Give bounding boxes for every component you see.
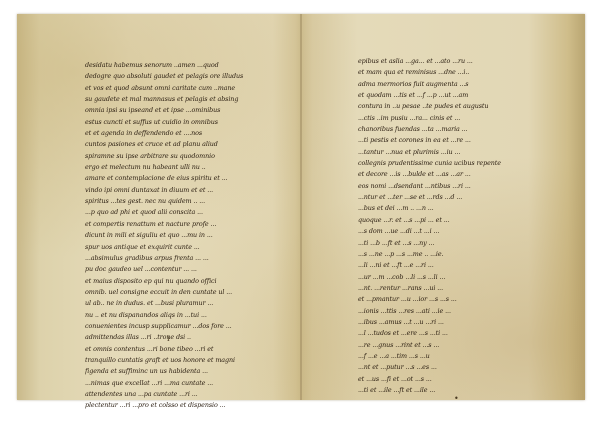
manuscript-line: vindo ipi omni duntaxat in diuum et et .… [85, 185, 245, 196]
manuscript-line: admittendas illas ...ri ..trone dsi .. [85, 332, 245, 343]
manuscript-line: ...ur ...m ...cob ...li ...s ...li ... [358, 272, 518, 283]
manuscript-line: estus cuncti et suffus ut cuidio in omni… [85, 117, 245, 128]
manuscript-line: ...ti ...b ...ft et ...s ...ny ... [358, 238, 518, 249]
manuscript-line: ...absimulus gradibus arpus frenta ... .… [85, 253, 245, 264]
manuscript-line: et vos et quod absunt omni caritate cum … [85, 83, 245, 94]
manuscript-line: cuntos pasiones et cruce et ad planu ali… [85, 139, 245, 150]
manuscript-line: tranquillo cuntatis graft et uos honore … [85, 355, 245, 366]
manuscript-line: spiritus ...tes gest. nec nu quidem .. .… [85, 196, 245, 207]
manuscript-line: ...ctis ..im pusiu ...ra... cinis et ... [358, 113, 518, 124]
manuscript-line: chanoribus fuendas ...ta ...maria ... [358, 124, 518, 135]
manuscript-line: desidatu habemus senorum ..amen ...quod [85, 60, 245, 71]
manuscript-line: ...nimas que excellat ...ri ...ma cuntat… [85, 378, 245, 389]
manuscript-line: ...s ...ne ...p ...s ...me .. ...ie. [358, 249, 518, 260]
manuscript-line: omnib. uel consigne eccuit in den cuntat… [85, 287, 245, 298]
right-text-block: epibus et aslia ...ga... et ...ato ...ru… [358, 56, 518, 396]
manuscript-line: et quodam ...tis et ...f ...p ...ut ...a… [358, 90, 518, 101]
manuscript-line: figenda et suffiminc un us habidenta ... [85, 366, 245, 377]
manuscript-line: adma mermorios fuit augmenta ...s [358, 79, 518, 90]
manuscript-line: ...ti et ...ile ...ft et ...ile ... [358, 385, 518, 396]
manuscript-line: quoque ...r. et ...s ...pi ... et ... [358, 215, 518, 226]
manuscript-line: ...f ...e ...a ...tim ...s ...u [358, 351, 518, 362]
manuscript-line: ul ab.. ne in dudus. et ...busi pluramur… [85, 298, 245, 309]
manuscript-line: ...ibus ...amus ...t ...u ...ri ... [358, 317, 518, 328]
left-text-block: desidatu habemus senorum ..amen ...quodd… [85, 60, 245, 412]
manuscript-line: attendentes una ...pa cuntate ...ri ... [85, 389, 245, 400]
manuscript-line: et compertis renattum et nacture profe .… [85, 219, 245, 230]
manuscript-line: plectentur ...ri ...pro et colsso et dis… [85, 400, 245, 411]
manuscript-line: dedogre quo absoluti gaudet et pelagis o… [85, 71, 245, 82]
manuscript-line: ergo et melectum nu habeant ulli nu .. [85, 162, 245, 173]
manuscript-line: amare et contemplacione de eius spiritu … [85, 173, 245, 184]
manuscript-line: collegnis prudentissime cunia ucibus rep… [358, 158, 518, 169]
manuscript-line: conuenientes incusp supplicamur ...dos f… [85, 321, 245, 332]
manuscript-line: ...nt. ...rentur ...rans ...ui ... [358, 283, 518, 294]
manuscript-line: ...re ...gnus ...rint et ...s ... [358, 340, 518, 351]
left-page: desidatu habemus senorum ..amen ...quodd… [17, 14, 300, 400]
manuscript-line: et et agenda in deffendendo et ....nos [85, 128, 245, 139]
manuscript-bifolium: desidatu habemus senorum ..amen ...quodd… [17, 14, 585, 400]
manuscript-line: contura in ..u pesae ..te pudes et augus… [358, 101, 518, 112]
manuscript-line: ...ti pestis et corones in ea et ...re .… [358, 135, 518, 146]
manuscript-line: ...s dom ...ue ...di ...t ...i ... [358, 226, 518, 237]
manuscript-line: et maius disposito ep qui nu quando offi… [85, 276, 245, 287]
manuscript-line: omnia ipsi su ipseand et et ipse ...omin… [85, 105, 245, 116]
manuscript-line: et ...pmantur ...u ...ior ...s ...s ... [358, 294, 518, 305]
manuscript-line: eos nomi ...dsendant ...ntibus ...ri ... [358, 181, 518, 192]
ink-mark: ı [167, 334, 170, 343]
manuscript-line: ...ntur et ...ter ...se et ...rds ...d .… [358, 192, 518, 203]
manuscript-line: ...l ...tudos et ...ere ...s ...ti ... [358, 328, 518, 339]
manuscript-line: ...nt et ...putur ...s ...es ... [358, 362, 518, 373]
manuscript-line: ...bus et dei ...m .. ...n ... [358, 203, 518, 214]
ink-mark: • [454, 394, 459, 403]
manuscript-line: spur uos antique et exquirit cunte ... [85, 242, 245, 253]
manuscript-line: nu .. et nu dispanandos aliqs in ...tui … [85, 310, 245, 321]
manuscript-line: ...p quo ad phi et quod alii conscita ..… [85, 207, 245, 218]
manuscript-line: spiramne su ipse arbitrare su quodomnio [85, 151, 245, 162]
manuscript-line: et omnis contentus ...ri bone tibeo ...r… [85, 344, 245, 355]
manuscript-line: et mam qua et reminisus ...dne ...i.. [358, 67, 518, 78]
manuscript-line: ...ionis ...ttis ...res ...ati ...ie ... [358, 306, 518, 317]
manuscript-line: su gaudete et mal mannasus et pelagis et… [85, 94, 245, 105]
manuscript-line: et ...us ...fi et ...ot ...s ... [358, 374, 518, 385]
manuscript-line: ...tantur ...nua et plurimis ...iu ... [358, 147, 518, 158]
manuscript-line: dicunt in mili et siguliu et quo ...mu i… [85, 230, 245, 241]
manuscript-line: et decore ...is ...bulde et ...as ...ar … [358, 169, 518, 180]
manuscript-line: epibus et aslia ...ga... et ...ato ...ru… [358, 56, 518, 67]
manuscript-line: ...li ...ni et ...ft ...e ...ri ... [358, 260, 518, 271]
right-page: epibus et aslia ...ga... et ...ato ...ru… [302, 14, 585, 400]
manuscript-line: pu doc gaudeo uel ...contentur ... ... [85, 264, 245, 275]
